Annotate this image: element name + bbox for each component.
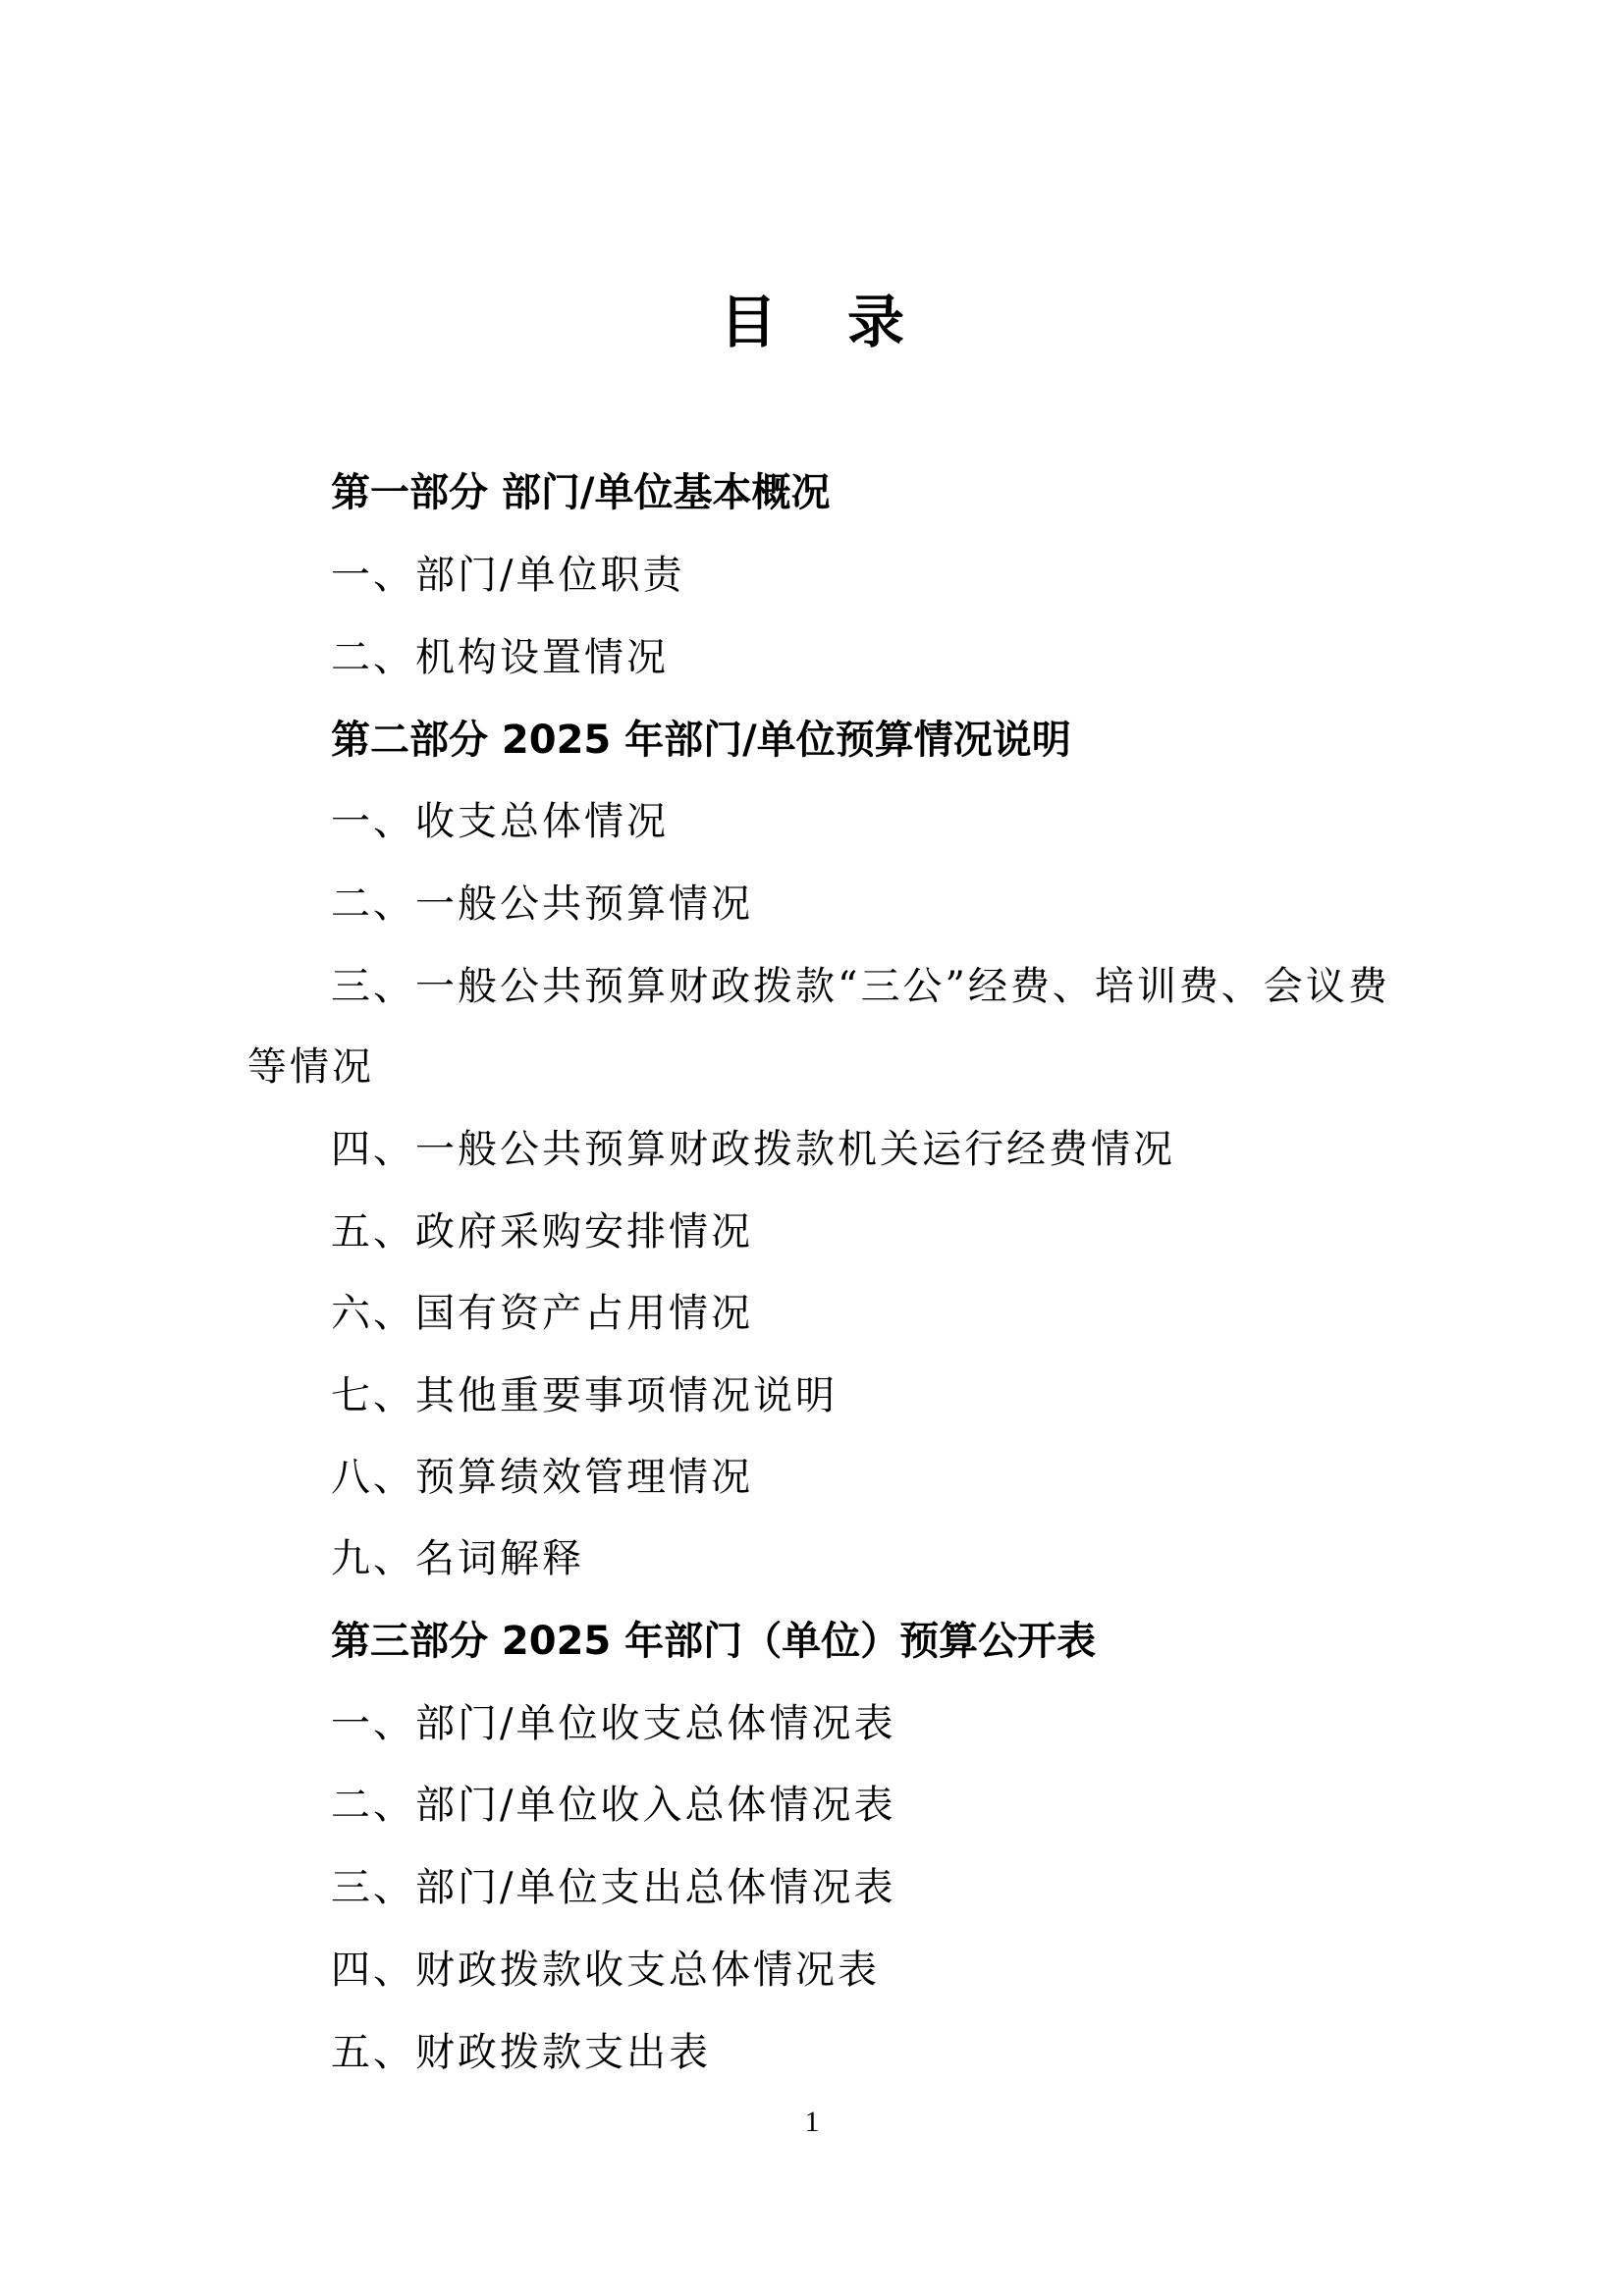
toc-item[interactable]: 四、一般公共预算财政拨款机关运行经费情况 — [331, 1122, 1175, 1177]
toc-item[interactable]: 二、一般公共预算情况 — [331, 877, 753, 932]
toc-item[interactable]: 一、部门/单位职责 — [331, 548, 684, 603]
toc-item[interactable]: 六、国有资产占用情况 — [331, 1286, 753, 1341]
toc-item[interactable]: 二、部门/单位收入总体情况表 — [331, 1778, 895, 1833]
toc-item[interactable]: 七、其他重要事项情况说明 — [331, 1368, 838, 1423]
toc-item[interactable]: 一、部门/单位收支总体情况表 — [331, 1696, 895, 1751]
document-page: 目录 第一部分 部门/单位基本概况 一、部门/单位职责 二、机构设置情况 第二部… — [0, 0, 1624, 2296]
toc-item[interactable]: 四、财政拨款收支总体情况表 — [331, 1943, 880, 1998]
toc-item-continuation[interactable]: 等情况 — [247, 1040, 374, 1095]
title-char-2: 录 — [847, 289, 904, 355]
toc-item[interactable]: 三、部门/单位支出总体情况表 — [331, 1860, 895, 1915]
toc-heading-part-2[interactable]: 第二部分 2025 年部门/单位预算情况说明 — [331, 713, 1071, 768]
toc-item[interactable]: 八、预算绩效管理情况 — [331, 1450, 753, 1505]
toc-item[interactable]: 三、一般公共预算财政拨款“三公”经费、培训费、会议费 — [331, 959, 1390, 1014]
toc-item[interactable]: 五、政府采购安排情况 — [331, 1204, 753, 1259]
page-title: 目录 — [0, 283, 1624, 361]
toc-item[interactable]: 二、机构设置情况 — [331, 630, 669, 685]
toc-item[interactable]: 五、财政拨款支出表 — [331, 2025, 711, 2080]
toc-item[interactable]: 九、名词解释 — [331, 1531, 584, 1586]
toc-heading-part-1[interactable]: 第一部分 部门/单位基本概况 — [331, 465, 831, 520]
title-char-1: 目 — [720, 289, 777, 355]
page-number: 1 — [0, 2105, 1624, 2140]
toc-item[interactable]: 一、收支总体情况 — [331, 794, 669, 849]
toc-heading-part-3[interactable]: 第三部分 2025 年部门（单位）预算公开表 — [331, 1614, 1096, 1669]
